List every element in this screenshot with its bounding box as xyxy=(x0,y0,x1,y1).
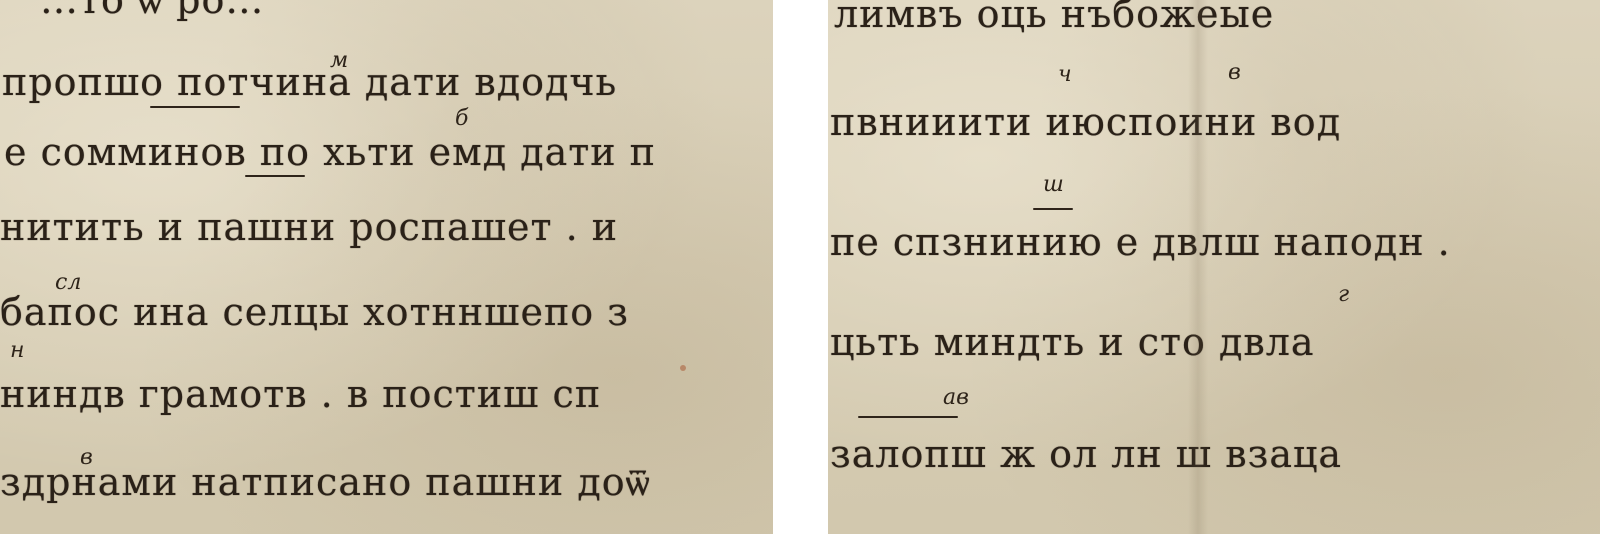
titlo-mark xyxy=(245,175,305,177)
manuscript-photo-left: …то ѿ ро… м пропшо потчина дати вдодчь б… xyxy=(0,0,773,534)
superscript-letter: б xyxy=(455,106,468,131)
ink-stain xyxy=(680,365,686,371)
manuscript-line: пе спзнинию е двлш наподн . xyxy=(830,220,1451,264)
manuscript-line: пропшо потчина дати вдодчь xyxy=(2,60,617,104)
manuscript-line: лимвъ оць нъбожеые xyxy=(834,0,1274,36)
manuscript-line: нитить и пашни роспашет . и xyxy=(0,205,618,249)
titlo-mark xyxy=(150,106,240,108)
titlo-mark xyxy=(1033,208,1073,210)
superscript-letter: в xyxy=(1228,60,1241,85)
superscript-letter: ш xyxy=(1043,172,1064,197)
manuscript-line: здрнами натписано пашни доѿ xyxy=(0,460,651,505)
manuscript-line: залопш ж ол лн ш взаца xyxy=(830,432,1342,476)
manuscript-photo-right: лимвъ оць нъбожеые ч в пвнииити июспоини… xyxy=(828,0,1600,534)
superscript-letter: ав xyxy=(943,385,969,410)
manuscript-line: бапос ина селцы хотнншепо з xyxy=(0,290,629,334)
superscript-letter: ч xyxy=(1058,62,1072,87)
titlo-mark xyxy=(858,416,958,418)
superscript-letter: г xyxy=(1338,282,1349,307)
manuscript-line: …то ѿ ро… xyxy=(40,0,264,23)
manuscript-line: пвнииити июспоини вод xyxy=(830,100,1341,144)
superscript-letter: н xyxy=(10,338,25,363)
manuscript-line: ниндв грамотв . в постиш сп xyxy=(0,372,601,416)
manuscript-line: цьть миндть и сто двла xyxy=(830,320,1315,364)
manuscript-line: е сомминов по хьти емд дати п xyxy=(4,130,656,174)
